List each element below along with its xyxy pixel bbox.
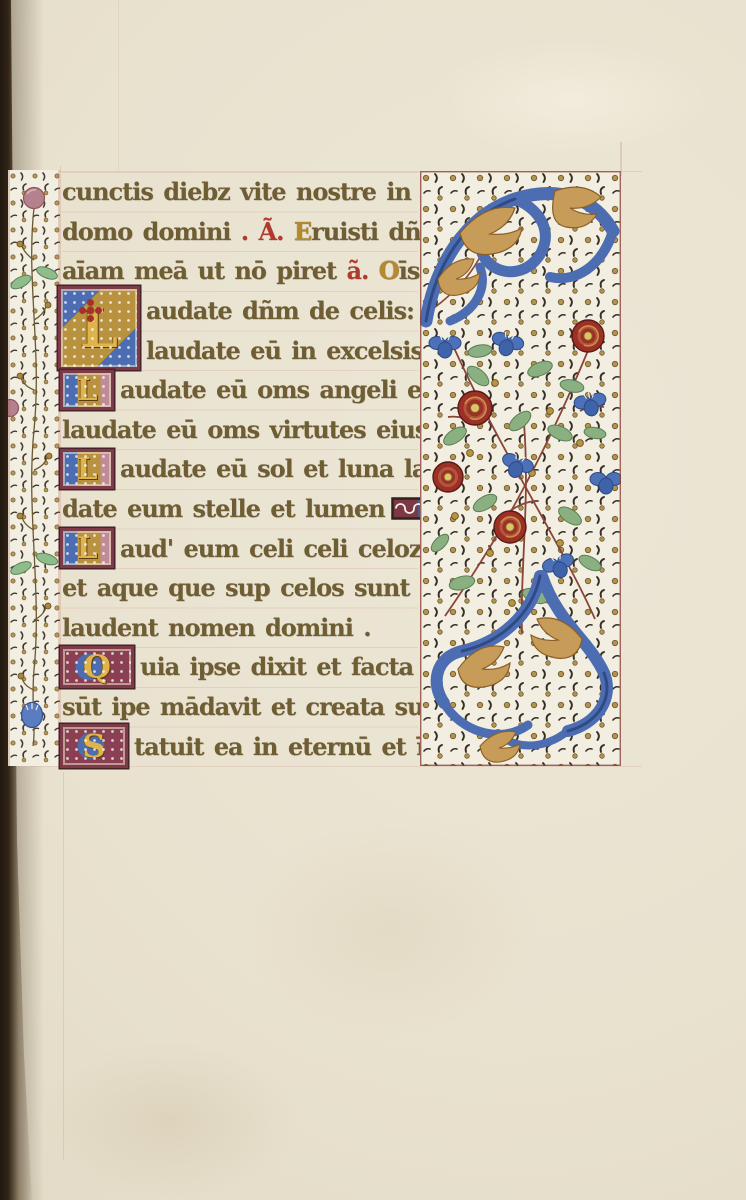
- text-line: et aque que sup celos sunt: [62, 568, 418, 608]
- initial-letter: S: [82, 727, 105, 765]
- rubric-text: ã.: [347, 256, 379, 285]
- text-line: audate eū oms angeli ei: [62, 370, 418, 410]
- page-crease: [118, 0, 119, 170]
- text-line: sūt ipe mādavit et creata sunt: [62, 687, 418, 727]
- parchment-stain: [240, 820, 540, 1040]
- initial-letter: L: [76, 373, 97, 408]
- text-line: cunctis diebz vite nostre in: [62, 172, 418, 212]
- blue-flower: [22, 703, 43, 728]
- psalm-text-segment: laudate eū in excelsis.: [146, 336, 430, 365]
- gilt-versal: E: [294, 217, 311, 246]
- psalm-text-segment: uia ipse dixit et facta: [140, 652, 413, 681]
- psalm-text-segment: laudent nomen domini .: [62, 613, 371, 642]
- psalm-text-segment: audate dñm de celis:: [146, 296, 414, 325]
- illuminated-initial-L: L: [60, 449, 114, 489]
- psalm-text-segment: et aque que sup celos sunt: [62, 573, 409, 602]
- illuminated-initial-L: L: [60, 370, 114, 410]
- psalm-text-segment: ruisti dñe: [311, 217, 435, 246]
- psalm-text-segment: aīam meā ut nō piret: [62, 256, 347, 285]
- text-line: aud' eum celi celi celoz: [62, 528, 418, 568]
- text-line: audate eū sol et luna lau: [62, 449, 418, 489]
- gilt-versal: O: [379, 256, 399, 285]
- illuminated-initial-Q: Q: [60, 646, 134, 688]
- parchment-stain: [430, 40, 710, 160]
- psalm-text-segment: sūt ipe mādavit et creata sunt: [62, 692, 450, 721]
- illuminated-initial-S: S: [60, 724, 128, 768]
- psalm-text-segment: audate eū sol et luna lau: [120, 454, 443, 483]
- illuminated-initial-L: L: [60, 528, 114, 568]
- text-line: laudent nomen domini .: [62, 608, 418, 648]
- psalm-text-segment: cunctis diebz vite nostre in: [62, 177, 411, 206]
- psalm-text-segment: domo domini: [62, 217, 230, 246]
- initial-letter: L: [76, 531, 97, 566]
- page-crease: [63, 772, 64, 1160]
- text-line: domo domini . Ã. Eruisti dñe: [62, 212, 418, 252]
- psalm-text-segment: audate eū oms angeli ei: [120, 375, 429, 404]
- left-vine-border: [8, 170, 60, 766]
- text-line: date eum stelle et lumen: [62, 489, 418, 529]
- initial-letter: L: [76, 452, 97, 487]
- right-floral-border: [420, 171, 621, 766]
- psalm-text-segment: aud' eum celi celi celoz: [120, 534, 422, 563]
- manuscript-page: cunctis diebz vite nostre indomo domini …: [0, 0, 746, 1200]
- psalm-text-segment: date eum stelle et lumen: [62, 494, 385, 523]
- rubric-text: . Ã.: [230, 217, 293, 246]
- psalm-text-segment: laudate eū oms virtutes eius: [62, 415, 427, 444]
- text-line: aīam meā ut nō piret ã. Oīs ps.: [62, 251, 418, 291]
- parchment-stain: [40, 1040, 300, 1200]
- text-line: laudate eū oms virtutes eius: [62, 410, 418, 450]
- red-floret: [87, 307, 94, 314]
- text-block: cunctis diebz vite nostre indomo domini …: [62, 172, 418, 766]
- psalm-text-segment: tatuit ea in eternū et ī: [134, 732, 424, 761]
- initial-letter: Q: [83, 648, 111, 686]
- initial-letter: L: [80, 296, 118, 360]
- illuminated-initial-L-large: L: [58, 286, 140, 370]
